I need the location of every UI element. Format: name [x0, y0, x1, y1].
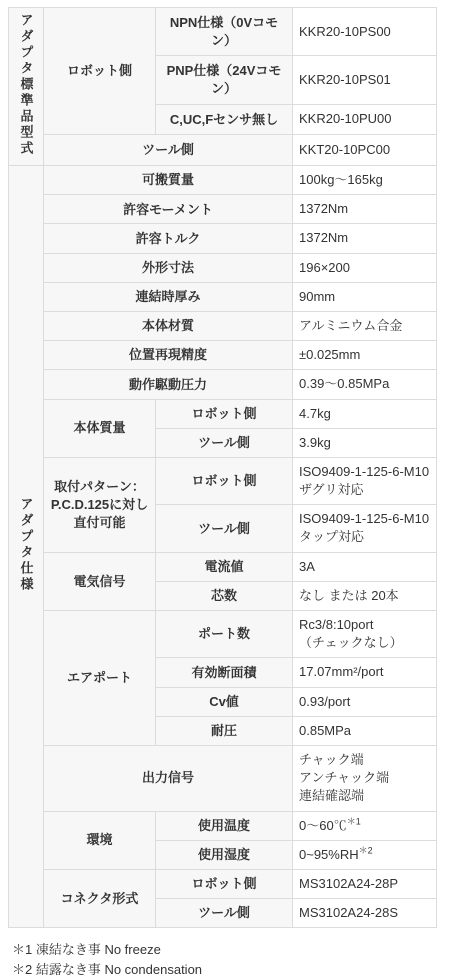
- spec-label-tool-side: ツール側: [44, 135, 293, 166]
- table-row: 位置再現精度±0.025mm: [9, 341, 437, 370]
- footnote-1: ＊1 凍結なき事 No freeze: [12, 940, 436, 960]
- cell-text: 1372Nm: [299, 230, 348, 245]
- cell-text: 連結時厚み: [135, 289, 200, 304]
- cell-text: ロボット側: [191, 473, 256, 488]
- spec-value-no-sensor-model: KKR20-10PU00: [293, 104, 437, 135]
- cell-text: チャック端 アンチャック端 連結確認端: [299, 752, 389, 803]
- spec-table-body: アダプタ標準品型式ロボット側NPN仕様（0Vコモン）KKR20-10PS00PN…: [9, 8, 437, 928]
- spec-label-mount-robot: ロボット側: [156, 457, 293, 504]
- spec-label-npn: NPN仕様（0Vコモン）: [156, 8, 293, 56]
- table-row: 許容トルク1372Nm: [9, 224, 437, 253]
- cell-text: 使用温度: [198, 818, 250, 833]
- spec-label-port-count: ポート数: [156, 611, 293, 658]
- table-row: 取付パターン： P.C.D.125に対し 直付可能ロボット側ISO9409-1-…: [9, 457, 437, 504]
- table-row: 本体材質アルミニウム合金: [9, 311, 437, 340]
- cell-text: 4.7kg: [299, 406, 331, 421]
- spec-label-environment: 環境: [44, 811, 156, 869]
- cell-text: 取付パターン： P.C.D.125に対し 直付可能: [51, 479, 148, 529]
- cell-text: ツール側: [142, 142, 194, 157]
- spec-value-port-count: Rc3/8:10port （チェックなし）: [293, 611, 437, 658]
- spec-value-proof-pressure: 0.85MPa: [293, 716, 437, 745]
- spec-value-effective-area: 17.07mm²/port: [293, 658, 437, 687]
- spec-value-body-material: アルミニウム合金: [293, 311, 437, 340]
- spec-label-current: 電流値: [156, 552, 293, 581]
- cell-text: ロボット側: [191, 876, 256, 891]
- cell-text: 1372Nm: [299, 201, 348, 216]
- footnotes: ＊1 凍結なき事 No freeze ＊2 結露なき事 No condensat…: [12, 940, 436, 979]
- spec-value-operating-pressure: 0.39〜0.85MPa: [293, 370, 437, 399]
- cell-text: 本体質量: [73, 420, 125, 435]
- cell-text: 使用湿度: [198, 847, 250, 862]
- spec-label-body-mass: 本体質量: [44, 399, 156, 457]
- cell-text: KKT20-10PC00: [299, 142, 390, 157]
- spec-value-repeatability: ±0.025mm: [293, 341, 437, 370]
- cell-text: 芯数: [211, 588, 237, 603]
- cell-text: コネクタ形式: [61, 891, 139, 906]
- spec-value-allowable-moment: 1372Nm: [293, 195, 437, 224]
- cell-text: 可搬質量: [142, 172, 194, 187]
- cell-text: ロボット側: [191, 406, 256, 421]
- cell-text: 出力信号: [142, 770, 194, 785]
- cell-text: 本体材質: [142, 318, 194, 333]
- spec-value-connector-tool: MS3102A24-28S: [293, 899, 437, 928]
- section-header-adapter-model: アダプタ標準品型式: [9, 8, 44, 166]
- spec-label-no-sensor: C,UC,Fセンサ無し: [156, 104, 293, 135]
- cell-text: KKR20-10PS01: [299, 72, 391, 87]
- cell-text: アルミニウム合金: [299, 318, 402, 333]
- spec-label-connector-robot: ロボット側: [156, 869, 293, 898]
- cell-text: エアポート: [67, 670, 132, 685]
- footnote-reference: ＊2: [359, 845, 373, 855]
- footnote-reference: ＊1: [347, 816, 361, 826]
- cell-text: Rc3/8:10port （チェックなし）: [299, 617, 403, 650]
- table-row: 本体質量ロボット側4.7kg: [9, 399, 437, 428]
- cell-text: アダプタ標準品型式: [20, 13, 33, 157]
- cell-text: ロボット側: [67, 63, 132, 78]
- spec-label-proof-pressure: 耐圧: [156, 716, 293, 745]
- cell-text: 環境: [86, 832, 112, 847]
- cell-text: アダプタ仕様: [20, 497, 33, 593]
- table-row: ツール側KKT20-10PC00: [9, 135, 437, 166]
- cell-text: 100kg〜165kg: [299, 172, 383, 187]
- spec-label-body-material: 本体材質: [44, 311, 293, 340]
- spec-value-operating-humidity: 0~95%RH＊2: [293, 840, 437, 869]
- cell-text: ツール側: [198, 521, 250, 536]
- spec-label-operating-pressure: 動作駆動圧力: [44, 370, 293, 399]
- spec-label-outer-dimensions: 外形寸法: [44, 253, 293, 282]
- cell-text: ±0.025mm: [299, 347, 360, 362]
- spec-value-payload: 100kg〜165kg: [293, 166, 437, 195]
- cell-text: NPN仕様（0Vコモン）: [170, 15, 278, 48]
- table-row: 許容モーメント1372Nm: [9, 195, 437, 224]
- cell-text: 外形寸法: [142, 260, 194, 275]
- cell-text: 90mm: [299, 289, 335, 304]
- cell-text: 許容モーメント: [123, 202, 213, 217]
- spec-label-repeatability: 位置再現精度: [44, 341, 293, 370]
- cell-text: 0~95%RH: [299, 847, 359, 862]
- table-row: 外形寸法196×200: [9, 253, 437, 282]
- cell-text: 0.39〜0.85MPa: [299, 376, 389, 391]
- spec-value-core-count: なし または 20本: [293, 581, 437, 610]
- spec-label-connector-type: コネクタ形式: [44, 869, 156, 927]
- spec-label-coupled-thickness: 連結時厚み: [44, 282, 293, 311]
- table-row: 出力信号チャック端 アンチャック端 連結確認端: [9, 745, 437, 811]
- spec-value-current: 3A: [293, 552, 437, 581]
- spec-value-mount-robot: ISO9409-1-125-6-M10 ザグリ対応: [293, 457, 437, 504]
- cell-text: 196×200: [299, 260, 350, 275]
- cell-text: Cv値: [209, 694, 239, 709]
- cell-text: KKR20-10PS00: [299, 24, 391, 39]
- cell-text: 位置再現精度: [129, 347, 207, 362]
- cell-text: ISO9409-1-125-6-M10 タップ対応: [299, 511, 429, 544]
- table-row: 電気信号電流値3A: [9, 552, 437, 581]
- cell-text: 0.85MPa: [299, 723, 351, 738]
- spec-value-cv: 0.93/port: [293, 687, 437, 716]
- spec-table: アダプタ標準品型式ロボット側NPN仕様（0Vコモン）KKR20-10PS00PN…: [8, 7, 437, 928]
- spec-value-body-mass-robot: 4.7kg: [293, 399, 437, 428]
- spec-label-output-signal: 出力信号: [44, 745, 293, 811]
- cell-text: なし または 20本: [299, 588, 399, 603]
- table-row: 動作駆動圧力0.39〜0.85MPa: [9, 370, 437, 399]
- spec-label-payload: 可搬質量: [44, 166, 293, 195]
- cell-text: 電気信号: [73, 574, 125, 589]
- spec-value-tool-model: KKT20-10PC00: [293, 135, 437, 166]
- spec-label-body-mass-robot: ロボット側: [156, 399, 293, 428]
- cell-text: ツール側: [198, 435, 250, 450]
- spec-label-robot-side: ロボット側: [44, 8, 156, 135]
- page-container: アダプタ標準品型式ロボット側NPN仕様（0Vコモン）KKR20-10PS00PN…: [0, 0, 459, 979]
- spec-value-pnp-model: KKR20-10PS01: [293, 56, 437, 104]
- table-row: 環境使用温度0〜60℃＊1: [9, 811, 437, 840]
- spec-label-cv: Cv値: [156, 687, 293, 716]
- spec-value-operating-temp: 0〜60℃＊1: [293, 811, 437, 840]
- cell-text: ツール側: [198, 905, 250, 920]
- spec-label-pnp: PNP仕様（24Vコモン）: [156, 56, 293, 104]
- section-header-adapter-spec: アダプタ仕様: [9, 166, 44, 928]
- cell-text: ISO9409-1-125-6-M10 ザグリ対応: [299, 464, 429, 497]
- cell-text: MS3102A24-28S: [299, 905, 398, 920]
- spec-label-allowable-torque: 許容トルク: [44, 224, 293, 253]
- spec-label-mount-pattern: 取付パターン： P.C.D.125に対し 直付可能: [44, 457, 156, 552]
- cell-text: 3.9kg: [299, 435, 331, 450]
- cell-text: PNP仕様（24Vコモン）: [167, 63, 282, 96]
- cell-text: 耐圧: [211, 723, 237, 738]
- table-row: アダプタ仕様可搬質量100kg〜165kg: [9, 166, 437, 195]
- cell-text: 有効断面積: [191, 665, 256, 680]
- cell-text: MS3102A24-28P: [299, 876, 398, 891]
- spec-value-output-signal: チャック端 アンチャック端 連結確認端: [293, 745, 437, 811]
- cell-text: 動作駆動圧力: [129, 377, 207, 392]
- cell-text: 0.93/port: [299, 694, 350, 709]
- spec-label-operating-temp: 使用温度: [156, 811, 293, 840]
- spec-label-air-port: エアポート: [44, 611, 156, 746]
- cell-text: 許容トルク: [136, 231, 201, 246]
- spec-label-effective-area: 有効断面積: [156, 658, 293, 687]
- table-row: コネクタ形式ロボット側MS3102A24-28P: [9, 869, 437, 898]
- spec-value-mount-tool: ISO9409-1-125-6-M10 タップ対応: [293, 505, 437, 552]
- spec-label-mount-tool: ツール側: [156, 505, 293, 552]
- table-row: アダプタ標準品型式ロボット側NPN仕様（0Vコモン）KKR20-10PS00: [9, 8, 437, 56]
- spec-label-operating-humidity: 使用湿度: [156, 840, 293, 869]
- spec-value-allowable-torque: 1372Nm: [293, 224, 437, 253]
- cell-text: 0〜60℃: [299, 818, 347, 833]
- spec-value-body-mass-tool: 3.9kg: [293, 428, 437, 457]
- spec-value-connector-robot: MS3102A24-28P: [293, 869, 437, 898]
- cell-text: C,UC,Fセンサ無し: [170, 112, 278, 127]
- spec-value-coupled-thickness: 90mm: [293, 282, 437, 311]
- spec-value-npn-model: KKR20-10PS00: [293, 8, 437, 56]
- cell-text: ポート数: [198, 626, 250, 641]
- spec-label-allowable-moment: 許容モーメント: [44, 195, 293, 224]
- spec-label-connector-tool: ツール側: [156, 899, 293, 928]
- spec-label-electric-signal: 電気信号: [44, 552, 156, 610]
- table-row: エアポートポート数Rc3/8:10port （チェックなし）: [9, 611, 437, 658]
- cell-text: 電流値: [204, 559, 243, 574]
- cell-text: 17.07mm²/port: [299, 664, 384, 679]
- cell-text: 3A: [299, 559, 315, 574]
- table-row: 連結時厚み90mm: [9, 282, 437, 311]
- spec-value-outer-dimensions: 196×200: [293, 253, 437, 282]
- footnote-2: ＊2 結露なき事 No condensation: [12, 960, 436, 979]
- spec-label-body-mass-tool: ツール側: [156, 428, 293, 457]
- cell-text: KKR20-10PU00: [299, 111, 392, 126]
- spec-label-core-count: 芯数: [156, 581, 293, 610]
